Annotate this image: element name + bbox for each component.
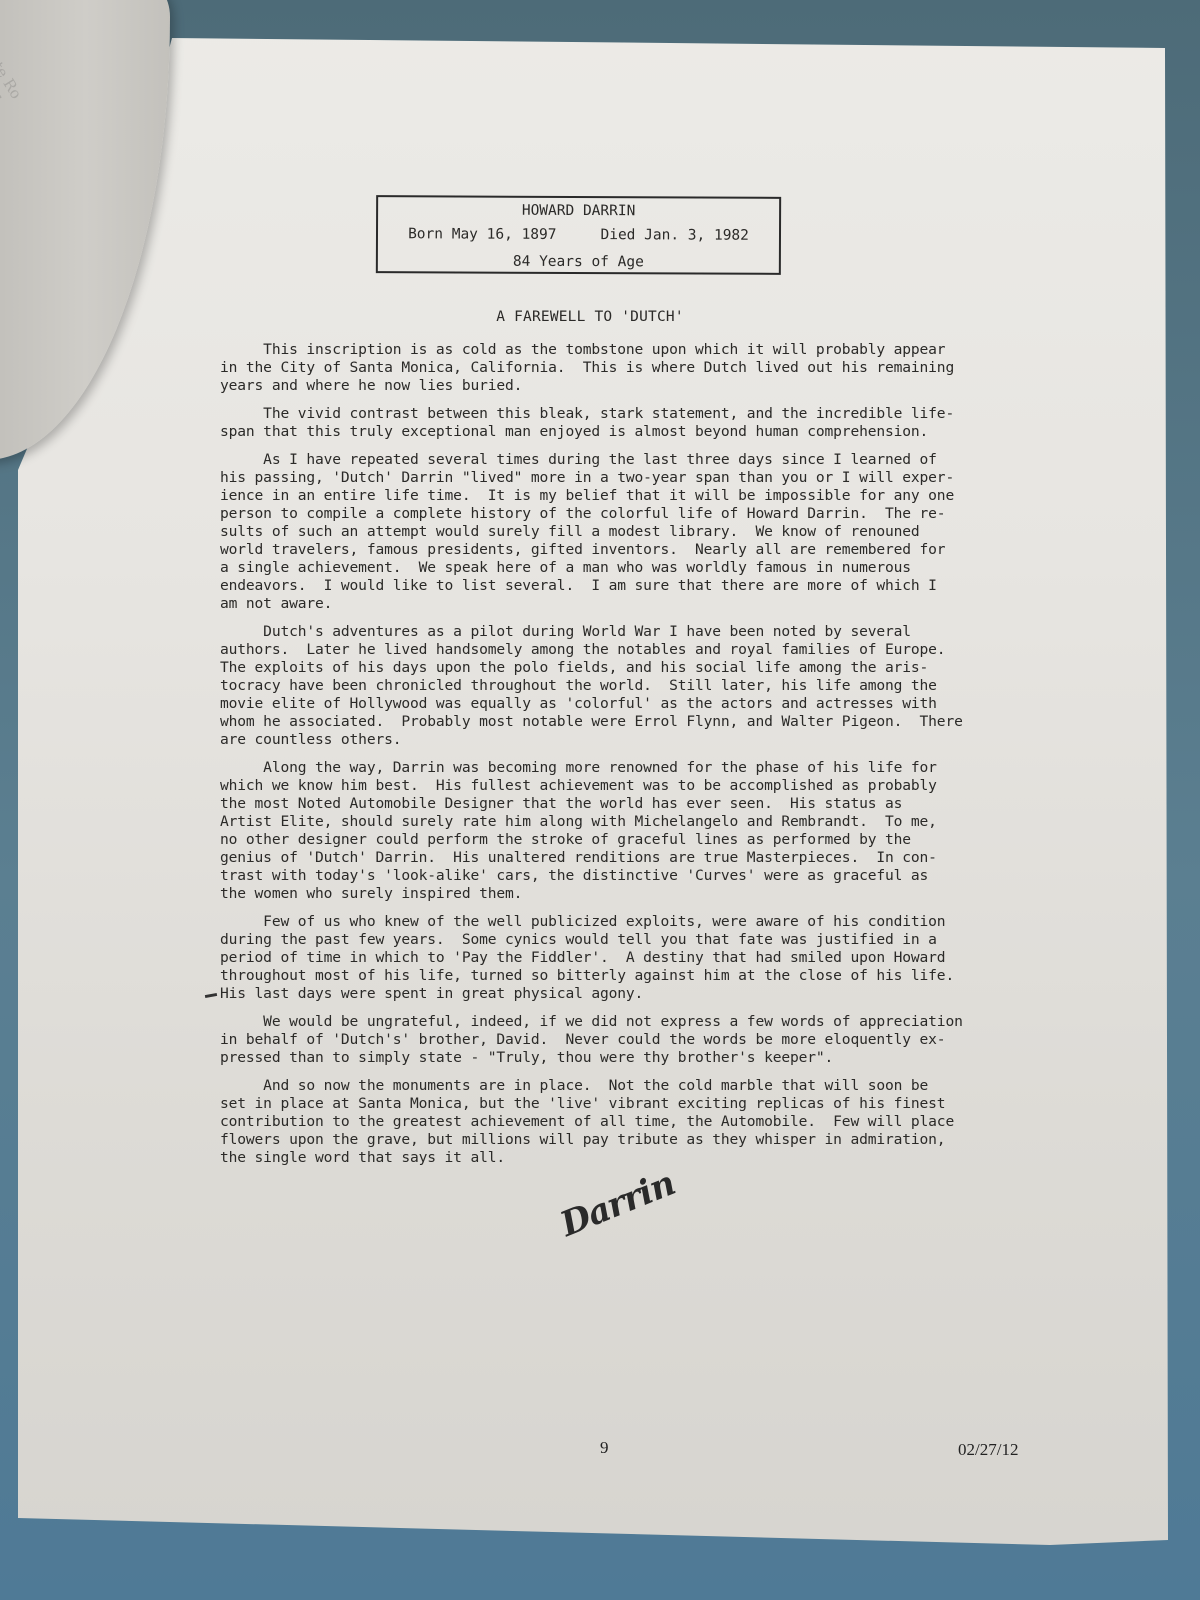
text-line: the women who surely inspired them. (220, 885, 1030, 903)
footer-date: 02/27/12 (958, 1440, 1018, 1460)
text-line: His last days were spent in great physic… (220, 985, 1030, 1003)
text-line: pressed than to simply state - "Truly, t… (220, 1049, 1030, 1067)
text-line: span that this truly exceptional man enj… (220, 423, 1030, 441)
memorial-header-box: HOWARD DARRIN Born May 16, 1897Died Jan.… (376, 195, 781, 275)
text-line: his passing, 'Dutch' Darrin "lived" more… (220, 469, 1030, 487)
text-line: world travelers, famous presidents, gift… (220, 541, 1030, 559)
text-line: And so now the monuments are in place. N… (220, 1077, 1030, 1095)
text-line: am not aware. (220, 595, 1030, 613)
page-content: HOWARD DARRIN Born May 16, 1897Died Jan.… (0, 0, 1200, 1600)
paragraph: This inscription is as cold as the tombs… (220, 341, 1030, 395)
text-line: The exploits of his days upon the polo f… (220, 659, 1030, 677)
text-line: no other designer could perform the stro… (220, 831, 1030, 849)
age-at-death: 84 Years of Age (378, 248, 779, 277)
document-title: A FAREWELL TO 'DUTCH' (0, 309, 1190, 325)
life-dates: Born May 16, 1897Died Jan. 3, 1982 (378, 221, 779, 250)
text-line: the single word that says it all. (220, 1149, 1030, 1167)
text-line: genius of 'Dutch' Darrin. His unaltered … (220, 849, 1030, 867)
text-line: The vivid contrast between this bleak, s… (220, 405, 1030, 423)
text-line: Along the way, Darrin was becoming more … (220, 759, 1030, 777)
text-line: which we know him best. His fullest achi… (220, 777, 1030, 795)
text-line: in behalf of 'Dutch's' brother, David. N… (220, 1031, 1030, 1049)
text-line: contribution to the greatest achievement… (220, 1113, 1030, 1131)
text-line: authors. Later he lived handsomely among… (220, 641, 1030, 659)
text-line: trast with today's 'look-alike' cars, th… (220, 867, 1030, 885)
text-line: As I have repeated several times during … (220, 451, 1030, 469)
text-line: set in place at Santa Monica, but the 'l… (220, 1095, 1030, 1113)
text-line: the most Noted Automobile Designer that … (220, 795, 1030, 813)
page-number: 9 (600, 1438, 609, 1458)
text-line: sults of such an attempt would surely fi… (220, 523, 1030, 541)
text-line: tocracy have been chronicled throughout … (220, 677, 1030, 695)
margin-pen-mark (205, 993, 217, 998)
paragraph: Along the way, Darrin was becoming more … (220, 759, 1030, 903)
paragraph: Few of us who knew of the well publicize… (220, 913, 1030, 1003)
text-line: endeavors. I would like to list several.… (220, 577, 1030, 595)
text-line: in the City of Santa Monica, California.… (220, 359, 1030, 377)
text-line: a single achievement. We speak here of a… (220, 559, 1030, 577)
paragraph: The vivid contrast between this bleak, s… (220, 405, 1030, 441)
text-line: Dutch's adventures as a pilot during Wor… (220, 623, 1030, 641)
birth-date: Born May 16, 1897 (408, 226, 556, 243)
text-line: Artist Elite, should surely rate him alo… (220, 813, 1030, 831)
paragraph: Dutch's adventures as a pilot during Wor… (220, 623, 1030, 749)
text-line: flowers upon the grave, but millions wil… (220, 1131, 1030, 1149)
text-line: ience in an entire life time. It is my b… (220, 487, 1030, 505)
paragraph: We would be ungrateful, indeed, if we di… (220, 1013, 1030, 1067)
text-line: Few of us who knew of the well publicize… (220, 913, 1030, 931)
text-line: are countless others. (220, 731, 1030, 749)
text-line: throughout most of his life, turned so b… (220, 967, 1030, 985)
text-line: This inscription is as cold as the tombs… (220, 341, 1030, 359)
text-line: We would be ungrateful, indeed, if we di… (220, 1013, 1030, 1031)
death-date: Died Jan. 3, 1982 (600, 227, 748, 244)
body-text: This inscription is as cold as the tombs… (220, 341, 1030, 1177)
text-line: whom he associated. Probably most notabl… (220, 713, 1030, 731)
text-line: movie elite of Hollywood was equally as … (220, 695, 1030, 713)
paragraph: And so now the monuments are in place. N… (220, 1077, 1030, 1167)
text-line: years and where he now lies buried. (220, 377, 1030, 395)
text-line: period of time in which to 'Pay the Fidd… (220, 949, 1030, 967)
text-line: person to compile a complete history of … (220, 505, 1030, 523)
person-name: HOWARD DARRIN (378, 199, 779, 223)
text-line: during the past few years. Some cynics w… (220, 931, 1030, 949)
paragraph: As I have repeated several times during … (220, 451, 1030, 613)
